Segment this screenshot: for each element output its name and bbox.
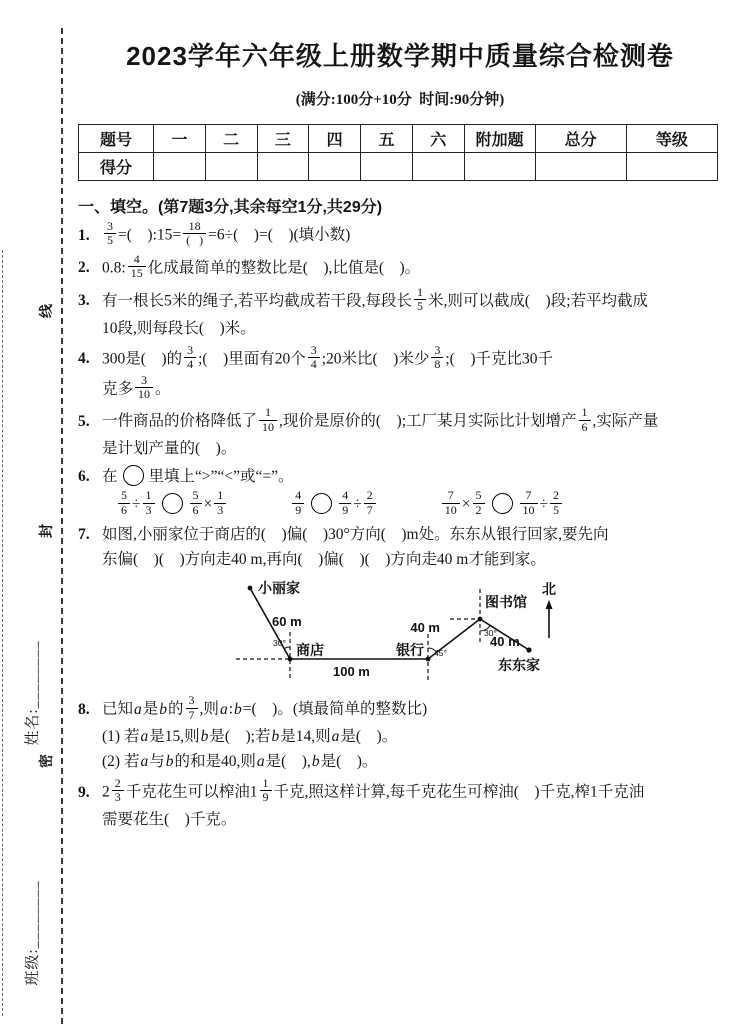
question-text: =( ):15= <box>118 227 181 244</box>
dong-point <box>526 648 531 653</box>
math-variable: a <box>133 701 143 718</box>
fraction: 18( ) <box>183 220 206 248</box>
score-cell-empty <box>361 153 413 181</box>
fraction: 56 <box>190 489 202 517</box>
score-cell-empty <box>626 153 717 181</box>
question-text: ÷ <box>132 496 141 513</box>
north-label: 北 <box>542 581 556 597</box>
score-table-score-row: 得分 <box>79 153 718 181</box>
question-number: 4. <box>78 348 102 370</box>
question-number: 2. <box>78 257 102 279</box>
exam-paper: { "title": "2023学年六年级上册数学期中质量综合检测卷", "su… <box>0 0 743 1024</box>
question-text: 0.8: <box>102 259 126 276</box>
score-cell-empty <box>412 153 464 181</box>
score-table-column-header: 六 <box>412 125 464 153</box>
question-line: (1) 若a是15,则b是( );若b是14,则a是( )。 <box>102 726 722 749</box>
seal-char-feng: 封 <box>36 520 58 542</box>
student-class-field: 班级:________ <box>21 848 43 1018</box>
math-variable: a <box>139 753 149 770</box>
question-1: 1.35=( ):15=18( )=6÷( )=( )(填小数) <box>78 222 722 250</box>
fraction: 13 <box>143 489 155 517</box>
score-table-column-header: 三 <box>257 125 309 153</box>
questions-part-1: 1.35=( ):15=18( )=6÷( )=( )(填小数)2.0.8:41… <box>78 222 722 572</box>
exam-info: (满分:100分+10分 时间:90分钟) <box>78 88 722 109</box>
question-number: 3. <box>78 290 102 312</box>
score-cell-empty <box>154 153 206 181</box>
fraction: 49 <box>339 489 351 517</box>
bank-point <box>426 657 431 662</box>
question-text: 是14,则 <box>280 728 330 745</box>
score-table-column-header: 一 <box>154 125 206 153</box>
home-shop-distance: 60 m <box>272 614 302 629</box>
question-text: 是( )。 <box>321 753 378 770</box>
fraction: 310 <box>135 374 153 402</box>
bank-library-distance: 40 m <box>410 620 440 635</box>
fraction: 23 <box>112 777 124 805</box>
comparison-circle <box>311 493 332 514</box>
route-diagram: 小丽家 60 m 30° 商店 100 m 银行 45° 40 m 图书馆 30… <box>228 576 722 691</box>
score-table-column-header: 总分 <box>535 125 626 153</box>
library-label: 图书馆 <box>485 594 527 610</box>
shop-label: 商店 <box>296 642 324 658</box>
question-line: 7.如图,小丽家位于商店的( )偏( )30°方向( )m处。东东从银行回家,要… <box>102 524 722 547</box>
question-text: 是( );若 <box>209 728 270 745</box>
question-text: 是( )。 <box>340 728 397 745</box>
question-8: 8.已知a是b的37,则a:b=( )。(填最简单的整数比)(1) 若a是15,… <box>78 696 722 774</box>
question-text: ,现价是原价的( );工厂某月实际比计划增产 <box>279 413 577 430</box>
question-text: ÷ <box>353 496 362 513</box>
question-text: ;20米比( )米少 <box>322 350 430 367</box>
math-variable: b <box>200 728 210 745</box>
math-variable: b <box>311 753 321 770</box>
question-text: 东偏( )( )方向走40 m,再向( )偏( )( )方向走40 m才能到家。 <box>102 551 546 568</box>
question-line: 是计划产量的( )。 <box>102 438 722 461</box>
section-heading: 一、填空。(第7题3分,其余每空1分,共29分) <box>78 194 722 217</box>
question-line: 8.已知a是b的37,则a:b=( )。(填最简单的整数比) <box>102 696 722 724</box>
question-text: 如图,小丽家位于商店的( )偏( )30°方向( )m处。东东从银行回家,要先向 <box>102 526 608 543</box>
question-text: 与 <box>149 753 165 770</box>
question-text: 米,则可以截成( )段;若平均截成 <box>428 292 648 309</box>
question-text: ÷ <box>540 496 549 513</box>
question-number: 1. <box>78 225 102 247</box>
question-text: 在 <box>102 468 118 485</box>
questions-part-2: 8.已知a是b的37,则a:b=( )。(填最简单的整数比)(1) 若a是15,… <box>78 696 722 832</box>
fraction: 49 <box>292 489 304 517</box>
question-text: ,实际产量 <box>593 413 659 430</box>
score-cell-empty <box>535 153 626 181</box>
paper-body: 2023学年六年级上册数学期中质量综合检测卷 (满分:100分+10分 时间:9… <box>78 0 722 834</box>
question-number: 9. <box>78 782 102 804</box>
seal-line <box>61 28 63 1024</box>
question-line: 2.0.8:415化成最简单的整数比是( ),比值是( )。 <box>102 255 722 283</box>
math-variable: b <box>158 701 168 718</box>
shop-angle-label: 30° <box>273 638 286 648</box>
math-variable: a <box>331 728 341 745</box>
score-cell-empty <box>464 153 535 181</box>
fraction: 16 <box>579 406 591 434</box>
question-text: 10段,则每段长( )米。 <box>102 320 256 337</box>
math-variable: a <box>256 753 266 770</box>
question-line: 9.223千克花生可以榨油119千克,照这样计算,每千克花生可榨油( )千克,榨… <box>102 779 722 807</box>
question-text: 一件商品的价格降低了 <box>102 413 257 430</box>
fraction: 25 <box>550 489 562 517</box>
question-line: 需要花生( )千克。 <box>102 809 722 832</box>
question-number: 6. <box>78 466 102 488</box>
question-line: 5.一件商品的价格降低了110,现价是原价的( );工厂某月实际比计划增产16,… <box>102 408 722 436</box>
question-6: 6.在里填上“>”“<”或“=”。56÷1356×134949÷27710×52… <box>78 466 722 519</box>
question-text: (1) 若 <box>102 728 139 745</box>
fraction: 13 <box>214 489 226 517</box>
question-line: 6.在里填上“>”“<”或“=”。 <box>102 466 722 489</box>
question-text: × <box>462 496 471 513</box>
question-text: 是( ), <box>266 753 311 770</box>
fraction: 56 <box>118 489 130 517</box>
fraction: 52 <box>473 489 485 517</box>
comparison-circle <box>162 493 183 514</box>
fraction: 37 <box>186 694 198 722</box>
question-text: 化成最简单的整数比是( ),比值是( )。 <box>148 259 421 276</box>
fraction: 34 <box>308 344 320 372</box>
library-point <box>478 617 483 622</box>
question-text: 。 <box>155 380 171 397</box>
score-table-column-header: 附加题 <box>464 125 535 153</box>
question-text: 有一根长5米的绳子,若平均截成若干段,每段长 <box>102 292 412 309</box>
question-text: 的 <box>168 701 184 718</box>
score-table-column-header: 五 <box>361 125 413 153</box>
question-line: 4.300是( )的34;( )里面有20个34;20米比( )米少38;( )… <box>102 346 722 374</box>
math-variable: b <box>270 728 280 745</box>
question-text: 是 <box>143 701 159 718</box>
score-table-column-header: 二 <box>205 125 257 153</box>
shop-point <box>288 657 293 662</box>
question-text: 已知 <box>102 701 133 718</box>
score-table-corner-cell: 题号 <box>79 125 154 153</box>
score-table-header-row: 题号一二三四五六附加题总分等级 <box>79 125 718 153</box>
seal-char-xian: 线 <box>36 300 58 322</box>
question-text: ;( )千克比30千 <box>445 350 553 367</box>
question-9: 9.223千克花生可以榨油119千克,照这样计算,每千克花生可榨油( )千克,榨… <box>78 779 722 832</box>
score-cell-empty <box>257 153 309 181</box>
question-line: 东偏( )( )方向走40 m,再向( )偏( )( )方向走40 m才能到家。 <box>102 549 722 572</box>
fraction: 110 <box>259 406 277 434</box>
question-text: 千克花生可以榨油1 <box>126 784 258 801</box>
north-arrowhead <box>546 600 553 609</box>
question-line: 1.35=( ):15=18( )=6÷( )=( )(填小数) <box>102 222 722 250</box>
math-variable: a <box>139 728 149 745</box>
fraction: 27 <box>364 489 376 517</box>
score-cell-empty <box>309 153 361 181</box>
question-line: 3.有一根长5米的绳子,若平均截成若干段,每段长15米,则可以截成( )段;若平… <box>102 288 722 316</box>
question-text: ,则 <box>200 701 219 718</box>
question-number: 7. <box>78 524 102 546</box>
bank-angle-label: 45° <box>434 648 447 658</box>
question-text: 里填上“>”“<”或“=”。 <box>149 468 294 485</box>
question-text: ;( )里面有20个 <box>198 350 306 367</box>
dong-label: 东东家 <box>498 657 540 673</box>
question-text: (2) 若 <box>102 753 139 770</box>
home-point <box>248 586 253 591</box>
question-number: 5. <box>78 411 102 433</box>
question-line: 10段,则每段长( )米。 <box>102 318 722 341</box>
shop-bank-distance: 100 m <box>333 664 370 679</box>
question-3: 3.有一根长5米的绳子,若平均截成若干段,每段长15米,则可以截成( )段;若平… <box>78 288 722 341</box>
page-title: 2023学年六年级上册数学期中质量综合检测卷 <box>78 36 722 73</box>
fraction: 19 <box>260 777 272 805</box>
question-line: (2) 若a与b的和是40,则a是( ),b是( )。 <box>102 751 722 774</box>
question-text: × <box>204 496 213 513</box>
score-cell-empty <box>205 153 257 181</box>
fraction: 35 <box>104 220 116 248</box>
question-7: 7.如图,小丽家位于商店的( )偏( )30°方向( )m处。东东从银行回家,要… <box>78 524 722 572</box>
math-variable: b <box>165 753 175 770</box>
comparison-circle <box>123 465 144 486</box>
question-5: 5.一件商品的价格降低了110,现价是原价的( );工厂某月实际比计划增产16,… <box>78 408 722 461</box>
question-text: 千克,照这样计算,每千克花生可榨油( )千克,榨1千克油 <box>274 784 645 801</box>
question-text: 的和是40,则 <box>174 753 255 770</box>
bank-label: 银行 <box>396 642 424 658</box>
fraction: 38 <box>431 344 443 372</box>
question-line: 56÷1356×134949÷27710×52710÷25 <box>116 491 722 519</box>
question-text: 2 <box>102 784 110 801</box>
question-2: 2.0.8:415化成最简单的整数比是( ),比值是( )。 <box>78 255 722 283</box>
math-variable: a <box>219 701 229 718</box>
student-name-field: 姓名:________ <box>21 608 43 778</box>
fraction: 710 <box>520 489 538 517</box>
question-line: 克多310。 <box>102 376 722 404</box>
question-text: 需要花生( )千克。 <box>102 811 236 828</box>
fraction: 15 <box>414 286 426 314</box>
score-table-column-header: 等级 <box>626 125 717 153</box>
fraction: 415 <box>128 253 146 281</box>
question-text: =( )。(填最简单的整数比) <box>243 701 427 718</box>
score-row-label: 得分 <box>79 153 154 181</box>
question-text: 是15,则 <box>149 728 199 745</box>
question-text: =6÷( )=( )(填小数) <box>208 227 350 244</box>
page-edge-dashed-line <box>2 250 3 1016</box>
question-text: 是计划产量的( )。 <box>102 440 236 457</box>
math-variable: b <box>233 701 243 718</box>
score-table-column-header: 四 <box>309 125 361 153</box>
comparison-circle <box>492 493 513 514</box>
question-number: 8. <box>78 699 102 721</box>
fraction: 34 <box>184 344 196 372</box>
question-4: 4.300是( )的34;( )里面有20个34;20米比( )米少38;( )… <box>78 346 722 404</box>
fraction: 710 <box>442 489 460 517</box>
question-text: 克多 <box>102 380 133 397</box>
score-table: 题号一二三四五六附加题总分等级 得分 <box>78 124 718 181</box>
library-dong-distance: 40 m <box>490 634 520 649</box>
home-label: 小丽家 <box>258 580 300 596</box>
question-text: 300是( )的 <box>102 350 182 367</box>
